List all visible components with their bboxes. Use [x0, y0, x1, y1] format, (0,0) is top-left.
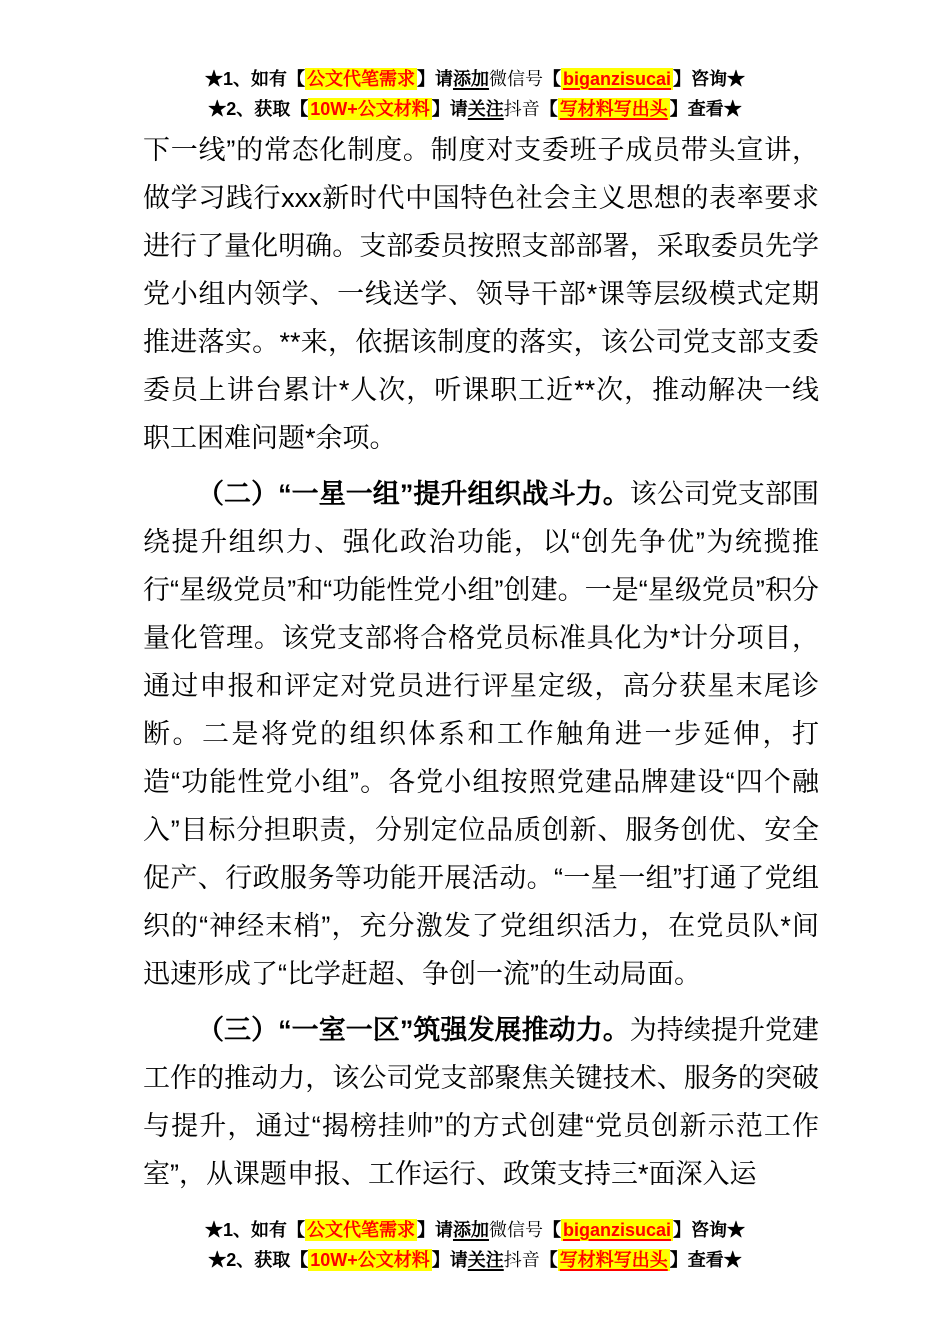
- promo-text: 】请: [417, 69, 453, 89]
- paragraph-continuation: 下一线”的常态化制度。制度对支委班子成员带头宣讲，做学习践行xxx新时代中国特色…: [143, 126, 819, 462]
- header-promo-line-2: ★2、获取【10W+公文材料】请关注抖音【写材料写出头】查看★: [0, 94, 950, 124]
- paragraph-section-2: （二）“一星一组”提升组织战斗力。该公司党支部围绕提升组织力、强化政治功能，以“…: [143, 470, 819, 998]
- section-2-heading: （二）“一星一组”提升组织战斗力。: [197, 479, 630, 509]
- promo-text: 微信号: [489, 69, 543, 89]
- header-promo-banner: ★1、如有【公文代笔需求】请添加微信号【biganzisucai】咨询★ ★2、…: [0, 64, 950, 124]
- promo-wechat-id: biganzisucai: [561, 1219, 673, 1241]
- promo-wechat-id: biganzisucai: [561, 68, 673, 90]
- promo-text: 】请: [417, 1220, 453, 1240]
- promo-text: 】咨询★: [673, 69, 745, 89]
- footer-promo-line-2: ★2、获取【10W+公文材料】请关注抖音【写材料写出头】查看★: [0, 1245, 950, 1275]
- promo-text: ★2、获取【: [208, 1250, 308, 1270]
- promo-text: ★1、如有【: [205, 69, 305, 89]
- promo-underlined-text: 添加: [453, 1220, 489, 1240]
- promo-text: 【: [543, 1220, 561, 1240]
- paragraph-text: 下一线”的常态化制度。制度对支委班子成员带头宣讲，做学习践行xxx新时代中国特色…: [143, 135, 819, 453]
- promo-douyin-id: 写材料写出头: [558, 98, 670, 120]
- promo-text: 】查看★: [670, 99, 742, 119]
- promo-text: ★1、如有【: [205, 1220, 305, 1240]
- document-page: ★1、如有【公文代笔需求】请添加微信号【biganzisucai】咨询★ ★2、…: [0, 0, 950, 1344]
- promo-underlined-text: 关注: [468, 1250, 504, 1270]
- paragraph-section-3: （三）“一室一区”筑强发展推动力。为持续提升党建工作的推动力，该公司党支部聚焦关…: [143, 1006, 819, 1198]
- promo-text: 】查看★: [670, 1250, 742, 1270]
- promo-text: 【: [540, 99, 558, 119]
- promo-text: 】请: [432, 99, 468, 119]
- promo-text: 】咨询★: [673, 1220, 745, 1240]
- promo-highlight-materials: 10W+公文材料: [308, 1249, 432, 1271]
- paragraph-text: 该公司党支部围绕提升组织力、强化政治功能，以“创先争优”为统揽推行“星级党员”和…: [143, 479, 819, 989]
- promo-underlined-text: 添加: [453, 69, 489, 89]
- promo-text: ★2、获取【: [208, 99, 308, 119]
- promo-highlight-service: 公文代笔需求: [305, 68, 417, 90]
- promo-text: 】请: [432, 1250, 468, 1270]
- promo-text: 抖音: [504, 99, 540, 119]
- promo-highlight-service: 公文代笔需求: [305, 1219, 417, 1241]
- document-body: 下一线”的常态化制度。制度对支委班子成员带头宣讲，做学习践行xxx新时代中国特色…: [143, 126, 819, 1198]
- promo-text: 微信号: [489, 1220, 543, 1240]
- promo-highlight-materials: 10W+公文材料: [308, 98, 432, 120]
- promo-text: 【: [540, 1250, 558, 1270]
- promo-douyin-id: 写材料写出头: [558, 1249, 670, 1271]
- promo-text: 【: [543, 69, 561, 89]
- footer-promo-line-1: ★1、如有【公文代笔需求】请添加微信号【biganzisucai】咨询★: [0, 1215, 950, 1245]
- promo-text: 抖音: [504, 1250, 540, 1270]
- header-promo-line-1: ★1、如有【公文代笔需求】请添加微信号【biganzisucai】咨询★: [0, 64, 950, 94]
- footer-promo-banner: ★1、如有【公文代笔需求】请添加微信号【biganzisucai】咨询★ ★2、…: [0, 1215, 950, 1275]
- section-3-heading: （三）“一室一区”筑强发展推动力。: [197, 1015, 630, 1045]
- promo-underlined-text: 关注: [468, 99, 504, 119]
